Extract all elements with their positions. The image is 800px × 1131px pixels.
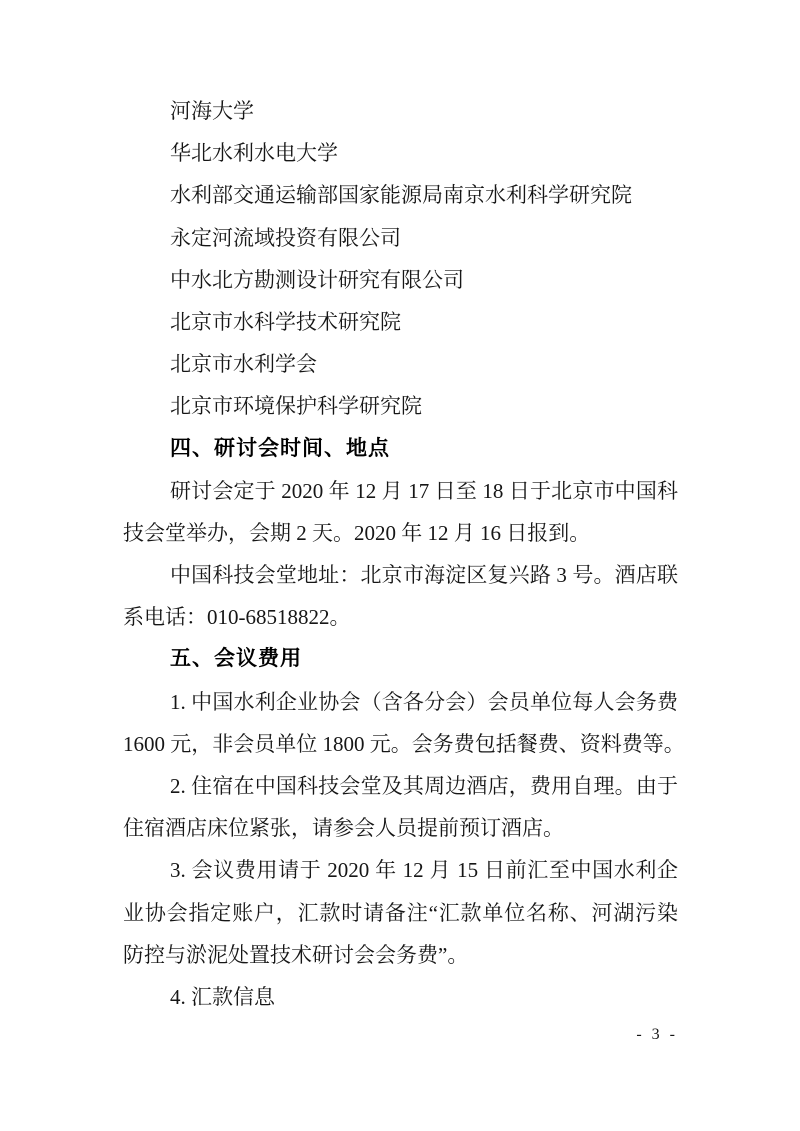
document-body: 河海大学 华北水利水电大学 水利部交通运输部国家能源局南京水利科学研究院 永定河… [123,90,678,1018]
body-line-fee-item3-1: 3. 会议费用请于 2020 年 12 月 15 日前汇至中国水利企 [123,849,678,891]
body-line-meeting-date-2: 技会堂举办，会期 2 天。2020 年 12 月 16 日报到。 [123,512,678,554]
org-line-beijing-environment-institute: 北京市环境保护科学研究院 [123,385,678,427]
body-line-fee-item3-3: 防控与淤泥处置技术研讨会会务费”。 [123,934,678,976]
org-line-ncwu: 华北水利水电大学 [123,132,678,174]
body-line-fee-item1-1: 1. 中国水利企业协会（含各分会）会员单位每人会务费 [123,681,678,723]
document-page: 河海大学 华北水利水电大学 水利部交通运输部国家能源局南京水利科学研究院 永定河… [0,0,800,1131]
body-line-meeting-date-1: 研讨会定于 2020 年 12 月 17 日至 18 日于北京市中国科 [123,470,678,512]
org-line-zhongshui-beifang: 中水北方勘测设计研究有限公司 [123,259,678,301]
section-heading-meeting-fees: 五、会议费用 [123,638,678,680]
org-line-beijing-water-society: 北京市水利学会 [123,343,678,385]
page-number: - 3 - [598,1024,678,1046]
org-line-nanjing-hydraulic-institute: 水利部交通运输部国家能源局南京水利科学研究院 [123,174,678,216]
body-line-fee-item2-2: 住宿酒店床位紧张，请参会人员提前预订酒店。 [123,807,678,849]
org-line-beijing-water-science-institute: 北京市水科学技术研究院 [123,301,678,343]
body-line-fee-item1-2: 1600 元，非会员单位 1800 元。会务费包括餐费、资料费等。 [123,723,678,765]
org-line-yongding-river-investment: 永定河流域投资有限公司 [123,217,678,259]
body-line-fee-item4: 4. 汇款信息 [123,976,678,1018]
body-line-fee-item2-1: 2. 住宿在中国科技会堂及其周边酒店，费用自理。由于 [123,765,678,807]
body-line-venue-phone: 系电话：010-68518822。 [123,596,678,638]
section-heading-meeting-time-location: 四、研讨会时间、地点 [123,428,678,470]
body-line-fee-item3-2: 业协会指定账户，汇款时请备注“汇款单位名称、河湖污染 [123,892,678,934]
org-line-hohai-university: 河海大学 [123,90,678,132]
body-line-venue-address-1: 中国科技会堂地址：北京市海淀区复兴路 3 号。酒店联 [123,554,678,596]
